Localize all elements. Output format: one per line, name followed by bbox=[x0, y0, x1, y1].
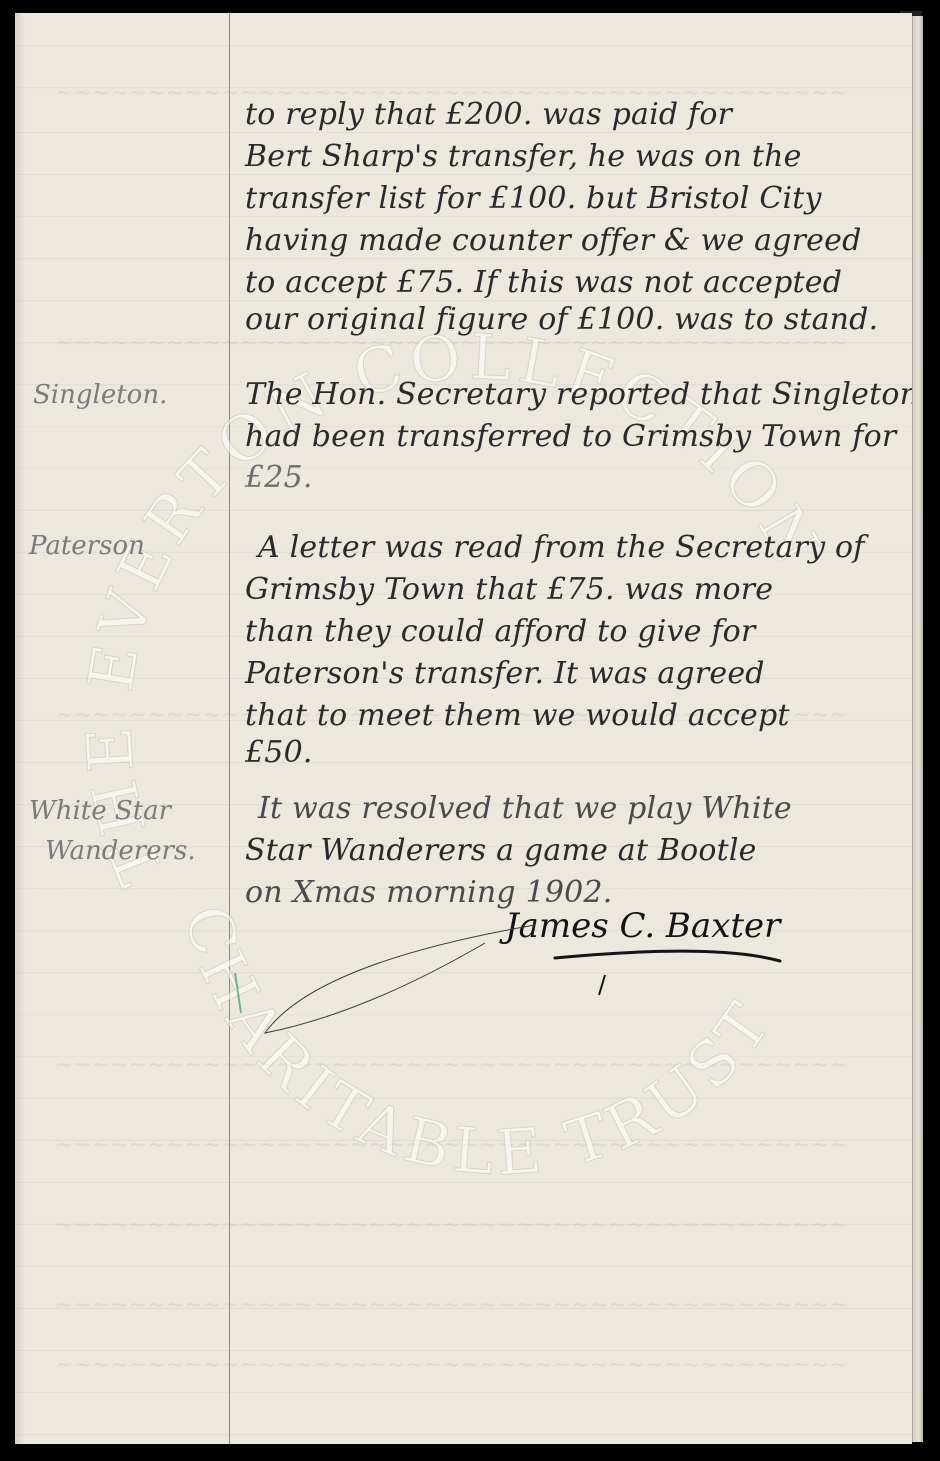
bleed-through-texture: ~~~~~~~~~~~~~~~~~~~~~~~~~~~~~~~~~~~~~~~~… bbox=[55, 1353, 895, 1378]
page-edge-shadow bbox=[15, 13, 25, 1444]
entry-line: £50. bbox=[245, 733, 313, 773]
entry-line: to reply that £200. was paid for bbox=[245, 95, 732, 135]
entry-line: £25. bbox=[245, 458, 313, 498]
entry-line: transfer list for £100. but Bristol City bbox=[245, 179, 822, 219]
entry-line: It was resolved that we play White bbox=[258, 789, 792, 829]
entry-line: had been transferred to Grimsby Town for bbox=[245, 417, 896, 457]
signature: James C. Baxter bbox=[505, 906, 780, 946]
bleed-through-texture: ~~~~~~~~~~~~~~~~~~~~~~~~~~~~~~~~~~~~~~~~… bbox=[55, 1293, 895, 1318]
entry-line: Paterson's transfer. It was agreed bbox=[245, 654, 765, 694]
entry-line: Bert Sharp's transfer, he was on the bbox=[245, 137, 802, 177]
entry-line: A letter was read from the Secretary of bbox=[258, 528, 865, 568]
entry-line: Star Wanderers a game at Bootle bbox=[245, 831, 757, 871]
margin-label: Wanderers. bbox=[45, 831, 196, 871]
margin-label: Paterson bbox=[29, 526, 145, 566]
entry-line: Grimsby Town that £75. was more bbox=[245, 570, 773, 610]
entry-line: that to meet them we would accept bbox=[245, 696, 790, 736]
margin-label: White Star bbox=[29, 791, 171, 831]
entry-line: The Hon. Secretary reported that Singlet… bbox=[245, 375, 912, 415]
entry-line: than they could afford to give for bbox=[245, 612, 756, 652]
entry-line: to accept £75. If this was not accepted bbox=[245, 263, 842, 303]
ledger-page: ~~~~~~~~~~~~~~~~~~~~~~~~~~~~~~~~~~~~~~~~… bbox=[15, 13, 912, 1444]
bleed-through-texture: ~~~~~~~~~~~~~~~~~~~~~~~~~~~~~~~~~~~~~~~~… bbox=[55, 1133, 895, 1158]
entry-line: our original figure of £100. was to stan… bbox=[245, 300, 878, 340]
red-margin-rule bbox=[229, 13, 230, 1444]
margin-label: Singleton. bbox=[33, 375, 167, 415]
entry-line: having made counter offer & we agreed bbox=[245, 221, 861, 261]
bleed-through-texture: ~~~~~~~~~~~~~~~~~~~~~~~~~~~~~~~~~~~~~~~~… bbox=[55, 1053, 895, 1078]
bleed-through-texture: ~~~~~~~~~~~~~~~~~~~~~~~~~~~~~~~~~~~~~~~~… bbox=[55, 1213, 895, 1238]
book-binding-edge bbox=[912, 16, 923, 1442]
